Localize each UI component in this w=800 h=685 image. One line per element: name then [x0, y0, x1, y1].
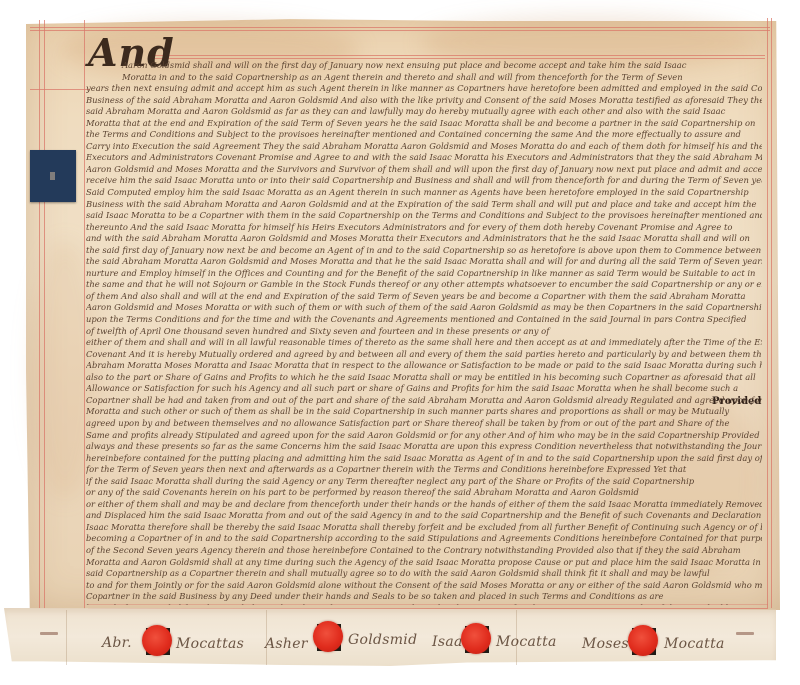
signature-first-name: Moses: [582, 636, 629, 652]
document-line: upon the Terms Conditions and for the ti…: [86, 314, 762, 326]
document-line: Said Computed employ him the said Isaac …: [86, 187, 762, 199]
document-line: Allowance or Satisfaction for such his A…: [86, 383, 762, 395]
fold-crease: [66, 610, 67, 665]
document-line: Carry into Execution the said Agreement …: [86, 141, 762, 153]
document-line: Business of the said Abraham Moratta and…: [86, 95, 762, 107]
document-line: Copartner shall be had and taken from an…: [86, 395, 762, 407]
document-line: always and these presents so far as the …: [86, 441, 762, 453]
document-line: Moratta in and to the said Copartnership…: [86, 72, 762, 84]
document-line: the Terms and Conditions and Subject to …: [86, 129, 762, 141]
wax-seal-icon: [628, 625, 658, 656]
document-line: either of them and shall and will in all…: [86, 337, 762, 349]
signature-last-name: Mocatta: [496, 634, 557, 650]
wax-seal-icon: [313, 621, 343, 652]
signature-first-name: Abr.: [102, 635, 132, 651]
blue-ribbon-tab: [30, 150, 76, 202]
document-line: Aaron Goldsmid shall and will on the fir…: [86, 60, 762, 72]
document-line: agreed upon by and between themselves an…: [86, 418, 762, 430]
wax-seal-icon: [461, 623, 491, 654]
document-line: and Displaced him the said Isaac Moratta…: [86, 510, 762, 522]
ink-dash: [40, 632, 58, 635]
wax-seal-1: [146, 628, 170, 655]
document-line: becoming a Copartner of in and to the sa…: [86, 533, 762, 545]
ink-dash: [736, 632, 754, 635]
document-line: of twelfth of April One thousand seven h…: [86, 326, 762, 338]
document-line: or any of the said Covenants herein on h…: [86, 487, 762, 499]
document-line: said Copartnership as a Copartner therei…: [86, 568, 762, 580]
document-line: years then next ensuing admit and accept…: [86, 83, 762, 95]
document-line: to and for them Jointly or for the said …: [86, 580, 762, 592]
document-line: Covenant And it is hereby Mutually order…: [86, 349, 762, 361]
margin-heading-provided: Provided: [712, 396, 761, 407]
document-line: if the said Isaac Moratta shall during t…: [86, 476, 762, 488]
wax-seal-icon: [142, 625, 172, 656]
document-line: of them And also shall and will at the e…: [86, 291, 762, 303]
signature-last-name: Mocatta: [664, 636, 725, 652]
ruling-line: [150, 58, 765, 59]
document-line: for the Term of Seven years then next an…: [86, 464, 762, 476]
document-line: and with the said Abraham Moratta Aaron …: [86, 233, 762, 245]
document-line: said Abraham Moratta and Aaron Goldsmid …: [86, 106, 762, 118]
ruling-line: [44, 20, 45, 610]
signature-last-name: Goldsmid: [348, 632, 417, 648]
ruling-line: [150, 55, 765, 56]
document-line: receive him the said Isaac Moratta unto …: [86, 175, 762, 187]
document-line: hereinbefore contained for the putting p…: [86, 453, 762, 465]
document-line: said Isaac Moratta to be a Copartner wit…: [86, 210, 762, 222]
wax-seal-3: [465, 626, 489, 653]
document-line: thereunto And the said Isaac Moratta for…: [86, 222, 762, 234]
document-line: the said Abraham Moratta Aaron Goldsmid …: [86, 256, 762, 268]
wax-seal-2: [317, 624, 341, 651]
document-line: Moratta that at the end and Expiration o…: [86, 118, 762, 130]
ruling-line: [39, 20, 40, 610]
signature-last-name: Mocattas: [176, 636, 244, 652]
document-line: Aaron Goldsmid and Moses Moratta or with…: [86, 302, 762, 314]
tab-mark-icon: [50, 172, 55, 180]
ruling-line: [30, 27, 770, 28]
document-line: the same and that he will not Sojourn or…: [86, 279, 762, 291]
ruling-line: [767, 18, 768, 608]
document-line: also to the part or Share of Gains and P…: [86, 372, 762, 384]
document-line: hereinbefore provided for taking and pla…: [86, 603, 762, 605]
document-line: the said first day of January now next b…: [86, 245, 762, 257]
document-line: of the Second Seven years Agency therein…: [86, 545, 762, 557]
document-line: Executors and Administrators Covenant Pr…: [86, 152, 762, 164]
document-line: nurture and Employ himself in the Office…: [86, 268, 762, 280]
document-line: Aaron Goldsmid and Moses Moratta and the…: [86, 164, 762, 176]
signature-first-name: Asher: [265, 636, 308, 652]
document-line: or either of them shall and may be and d…: [86, 499, 762, 511]
document-line: Isaac Moratta therefore shall be thereby…: [86, 522, 762, 534]
document-line: Copartner in the said Business by any De…: [86, 591, 762, 603]
ruling-line: [771, 18, 772, 608]
document-line: Moratta and such other or such of them a…: [86, 406, 762, 418]
document-body: Aaron Goldsmid shall and will on the fir…: [86, 60, 762, 605]
document-line: Abraham Moratta Moses Moratta and Isaac …: [86, 360, 762, 372]
document-line: Moratta and Aaron Goldsmid shall at any …: [86, 557, 762, 569]
document-line: Same and profits already Stipulated and …: [86, 430, 762, 442]
wax-seal-4: [632, 628, 656, 655]
document-line: Business with the said Abraham Moratta a…: [86, 199, 762, 211]
ruling-line: [84, 20, 85, 610]
